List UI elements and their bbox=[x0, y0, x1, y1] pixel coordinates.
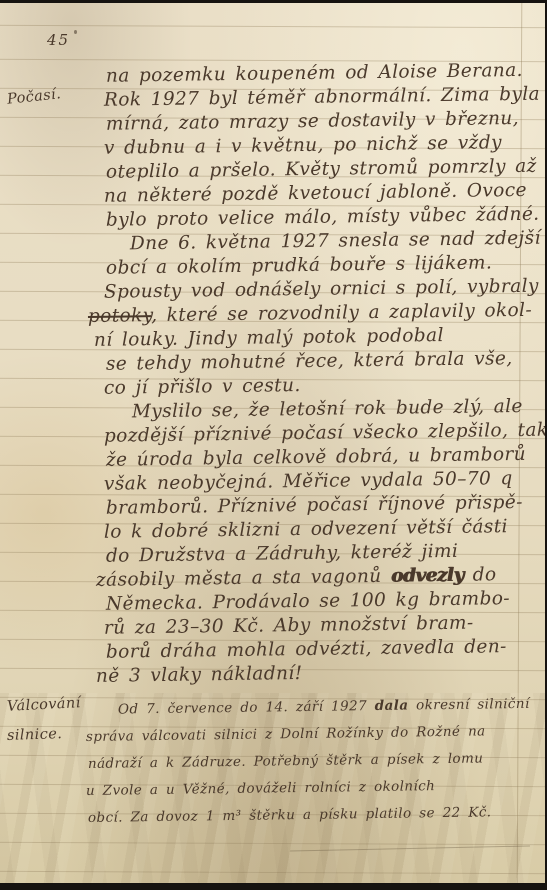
line-text: , které se rozvodnily a zaplavily okol- bbox=[151, 300, 532, 326]
handwriting-line: obcí. Za dovoz 1 m³ štěrku a písku plati… bbox=[88, 799, 540, 832]
handwriting-block: na pozemku koupeném od Aloise Berana. Ro… bbox=[86, 65, 540, 832]
ink-speck bbox=[74, 30, 77, 34]
struck-word: potoky bbox=[88, 305, 151, 327]
line-text: Od 7. července do 14. září 1927 bbox=[118, 698, 375, 718]
handwriting-line: ně 3 vlaky nákladní! bbox=[86, 659, 540, 689]
overwritten-word: odvezly bbox=[391, 565, 464, 587]
road-rolling-paragraph: Od 7. července do 14. září 1927 dala okr… bbox=[86, 697, 540, 832]
line-text: zásobily města a sta vagonů bbox=[96, 566, 391, 591]
line-text: do bbox=[463, 564, 496, 585]
line-text: okresní silniční bbox=[408, 696, 529, 714]
page-number: 45 bbox=[47, 31, 70, 49]
margin-note-road-rolling-line2: silnice. bbox=[7, 726, 63, 744]
scanned-chronicle-page: 45 Počasí. Válcování silnice. na pozemku… bbox=[0, 0, 547, 890]
emphasized-word: dala bbox=[375, 698, 409, 714]
paper-sheet: 45 Počasí. Válcování silnice. na pozemku… bbox=[0, 3, 545, 883]
